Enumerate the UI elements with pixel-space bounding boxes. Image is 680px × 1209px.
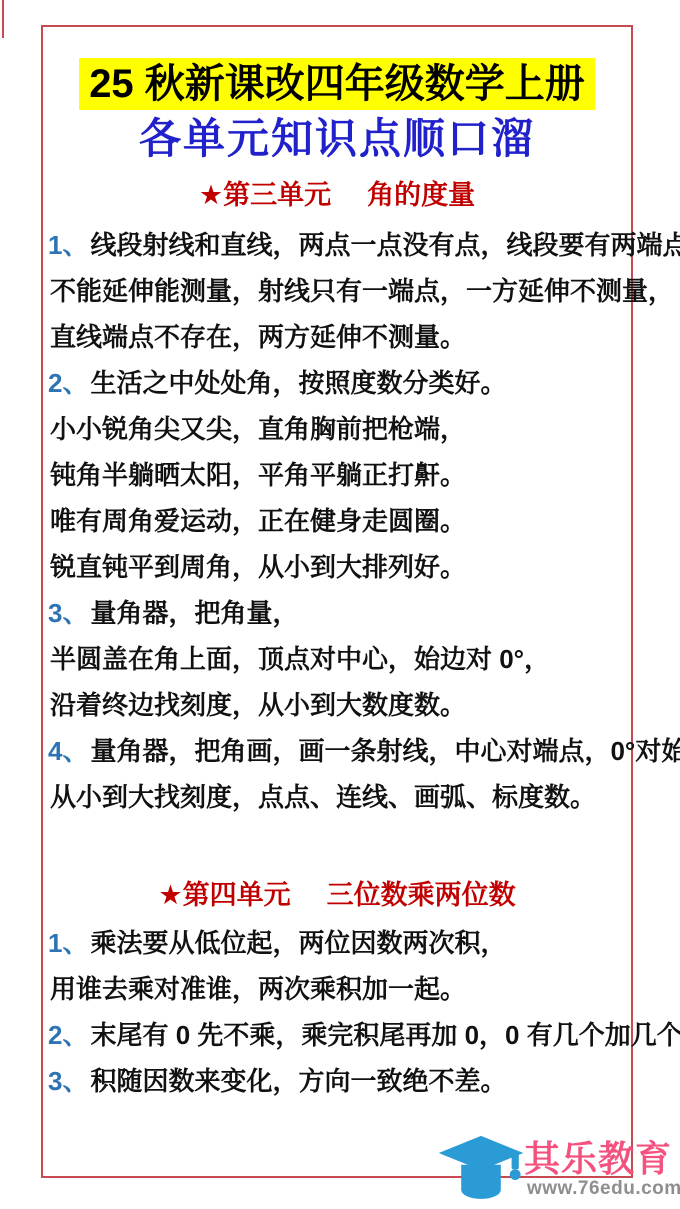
text-line: 2、生活之中处处角，按照度数分类好。 <box>43 358 631 404</box>
text-line: 4、量角器，把角画，画一条射线，中心对端点，0°对始边， <box>43 726 631 772</box>
title-row: 25 秋新课改四年级数学上册 <box>43 58 631 110</box>
line-text: 量角器，把角画，画一条射线，中心对端点，0°对始边， <box>90 731 680 768</box>
line-text: 唯有周角爱运动，正在健身走圆圈。 <box>50 501 466 538</box>
page-title: 25 秋新课改四年级数学上册 <box>79 58 595 110</box>
text-line: 3、量角器，把角量， <box>43 588 631 634</box>
brand-url-text: www.76edu.com <box>527 1178 680 1200</box>
list-number: 2、 <box>48 1015 88 1052</box>
line-text: 直线端点不存在，两方延伸不测量。 <box>50 317 466 354</box>
page-subtitle: 各单元知识点顺口溜 <box>43 114 631 164</box>
worksheet-content: 25 秋新课改四年级数学上册 各单元知识点顺口溜 ★第三单元角的度量 1、线段射… <box>43 27 631 1102</box>
section-heading-unit3: ★第三单元角的度量 <box>43 180 631 210</box>
line-text: 小小锐角尖又尖，直角胸前把枪端， <box>50 409 466 446</box>
text-line: 1、乘法要从低位起，两位因数两次积， <box>43 918 631 964</box>
text-line: 小小锐角尖又尖，直角胸前把枪端， <box>43 404 631 450</box>
section-unit3-lines: 1、线段射线和直线，两点一点没有点，线段要有两端点， 不能延伸能测量，射线只有一… <box>43 220 631 818</box>
list-number: 3、 <box>48 1061 88 1098</box>
section-heading-unit4-star: ★第四单元 <box>158 880 290 910</box>
line-text: 钝角半躺晒太阳，平角平躺正打鼾。 <box>50 455 466 492</box>
line-text: 生活之中处处角，按照度数分类好。 <box>90 363 506 400</box>
section-heading-unit3-topic: 角的度量 <box>367 180 475 210</box>
text-line: 从小到大找刻度，点点、连线、画弧、标度数。 <box>43 772 631 818</box>
line-text: 线段射线和直线，两点一点没有点，线段要有两端点， <box>90 225 680 262</box>
text-line: 用谁去乘对准谁，两次乘积加一起。 <box>43 964 631 1010</box>
line-text: 用谁去乘对准谁，两次乘积加一起。 <box>50 969 466 1006</box>
section-heading-unit4-topic: 三位数乘两位数 <box>327 880 516 910</box>
text-line: 沿着终边找刻度，从小到大数度数。 <box>43 680 631 726</box>
line-text: 乘法要从低位起，两位因数两次积， <box>90 923 506 960</box>
line-text: 锐直钝平到周角，从小到大排列好。 <box>50 547 466 584</box>
text-line: 不能延伸能测量，射线只有一端点，一方延伸不测量， <box>43 266 631 312</box>
text-line: 锐直钝平到周角，从小到大排列好。 <box>43 542 631 588</box>
text-line: 钝角半躺晒太阳，平角平躺正打鼾。 <box>43 450 631 496</box>
line-text: 半圆盖在角上面，顶点对中心，始边对 0°， <box>50 639 550 676</box>
section-unit4-lines: 1、乘法要从低位起，两位因数两次积， 用谁去乘对准谁，两次乘积加一起。 2、末尾… <box>43 918 631 1102</box>
line-text: 量角器，把角量， <box>90 593 298 630</box>
left-edge-border-artifact <box>2 0 4 38</box>
text-line: 2、末尾有 0 先不乘，乘完积尾再加 0，0 有几个加几个。 <box>43 1010 631 1056</box>
section-heading-unit3-star: ★第三单元 <box>199 180 331 210</box>
line-text: 末尾有 0 先不乘，乘完积尾再加 0，0 有几个加几个。 <box>90 1015 680 1052</box>
list-number: 1、 <box>48 923 88 960</box>
text-line: 半圆盖在角上面，顶点对中心，始边对 0°， <box>43 634 631 680</box>
list-number: 3、 <box>48 593 88 630</box>
text-line: 唯有周角爱运动，正在健身走圆圈。 <box>43 496 631 542</box>
line-text: 积随因数来变化，方向一致绝不差。 <box>90 1061 506 1098</box>
text-line: 直线端点不存在，两方延伸不测量。 <box>43 312 631 358</box>
list-number: 2、 <box>48 363 88 400</box>
line-text: 不能延伸能测量，射线只有一端点，一方延伸不测量， <box>50 271 674 308</box>
line-text: 从小到大找刻度，点点、连线、画弧、标度数。 <box>50 777 596 814</box>
list-number: 4、 <box>48 731 88 768</box>
brand-logo-text: 其乐教育 <box>524 1139 672 1179</box>
text-line: 3、积随因数来变化，方向一致绝不差。 <box>43 1056 631 1102</box>
line-text: 沿着终边找刻度，从小到大数度数。 <box>50 685 466 722</box>
text-line: 1、线段射线和直线，两点一点没有点，线段要有两端点， <box>43 220 631 266</box>
graduation-cap-icon <box>436 1134 526 1209</box>
section-heading-unit4: ★第四单元三位数乘两位数 <box>43 880 631 910</box>
worksheet-page: 25 秋新课改四年级数学上册 各单元知识点顺口溜 ★第三单元角的度量 1、线段射… <box>0 0 680 1209</box>
list-number: 1、 <box>48 225 88 262</box>
